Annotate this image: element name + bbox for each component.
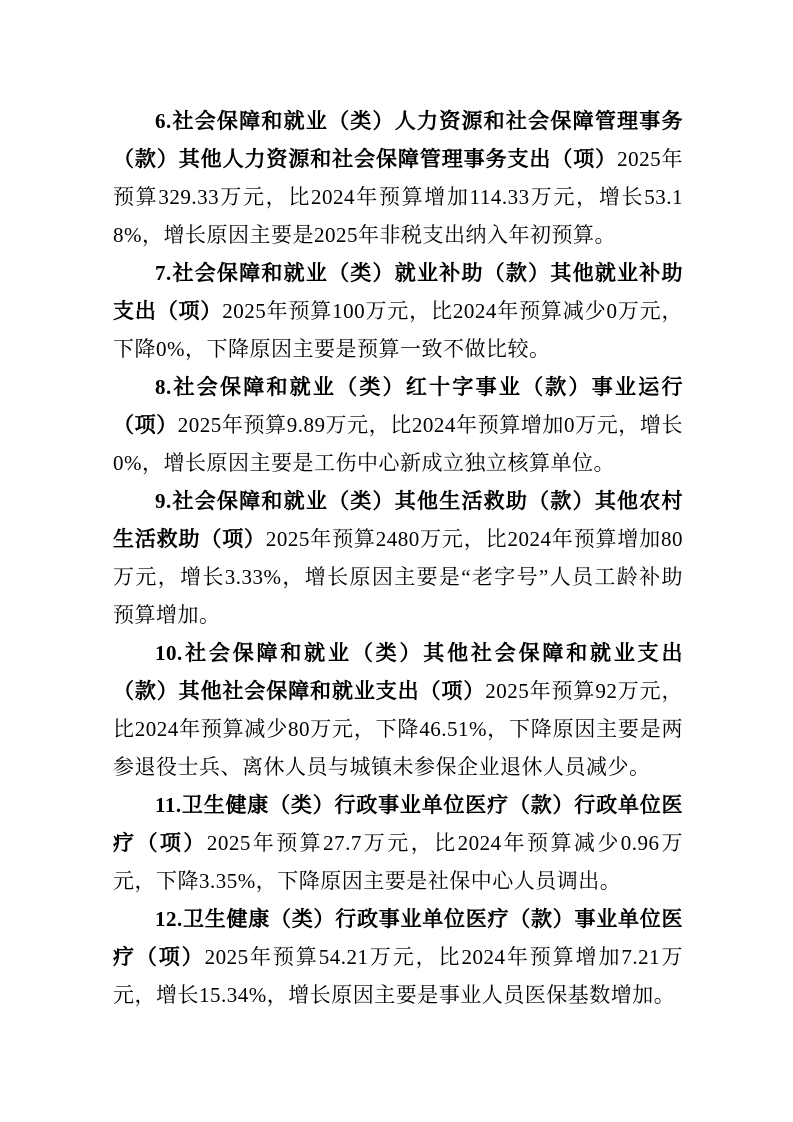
budget-item-paragraph-12: 12.卫生健康（类）行政事业单位医疗（款）事业单位医疗（项）2025年预算54.… [113,900,683,1014]
document-body: 6.社会保障和就业（类）人力资源和社会保障管理事务（款）其他人力资源和社会保障管… [113,102,683,1014]
budget-item-paragraph-7: 7.社会保障和就业（类）就业补助（款）其他就业补助支出（项）2025年预算100… [113,254,683,368]
budget-item-paragraph-11: 11.卫生健康（类）行政事业单位医疗（款）行政单位医疗（项）2025年预算27.… [113,786,683,900]
budget-item-6-heading: 6.社会保障和就业（类）人力资源和社会保障管理事务（款）其他人力资源和社会保障管… [113,109,683,171]
budget-item-paragraph-8: 8.社会保障和就业（类）红十字事业（款）事业运行（项）2025年预算9.89万元… [113,368,683,482]
budget-item-paragraph-6: 6.社会保障和就业（类）人力资源和社会保障管理事务（款）其他人力资源和社会保障管… [113,102,683,254]
budget-item-paragraph-9: 9.社会保障和就业（类）其他生活救助（款）其他农村生活救助（项）2025年预算2… [113,482,683,634]
budget-item-8-body: 2025年预算9.89万元，比2024年预算增加0万元，增长0%，增长原因主要是… [113,413,683,475]
document-page: 6.社会保障和就业（类）人力资源和社会保障管理事务（款）其他人力资源和社会保障管… [0,0,793,1122]
budget-item-paragraph-10: 10.社会保障和就业（类）其他社会保障和就业支出（款）其他社会保障和就业支出（项… [113,634,683,786]
